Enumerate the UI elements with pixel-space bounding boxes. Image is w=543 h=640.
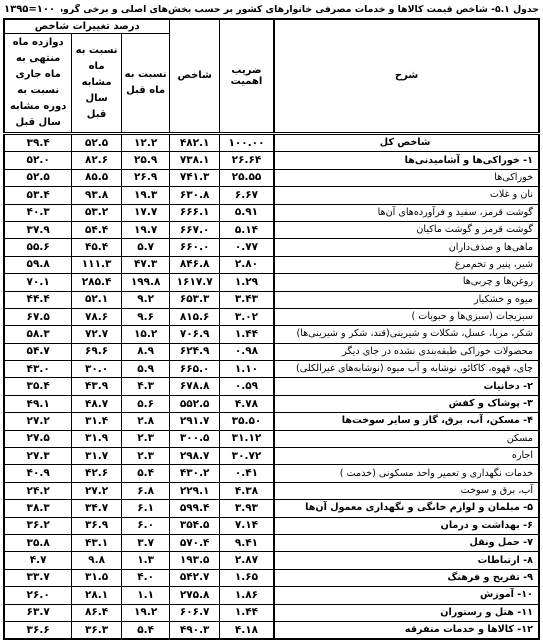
row-label: ۱۲- کالاها و خدمات متفرقه [274, 621, 539, 639]
yoy-change-cell: ۳۴.۷ [72, 500, 122, 517]
weight-cell: ۰.۵۹ [219, 378, 274, 395]
yoy-change-cell: ۴۳.۱ [72, 534, 122, 551]
header-vs-prev-month: نسبت به ماه قبل [121, 34, 170, 134]
weight-cell: ۳.۴۳ [219, 291, 274, 308]
mom-change-cell: ۱۲.۲ [121, 134, 170, 152]
row-label: ۵- مبلمان و لوازم خانگی و نگهداری معمول … [274, 500, 539, 517]
weight-cell: ۱.۲۹ [219, 274, 274, 291]
weight-cell: ۱.۶۵ [219, 569, 274, 586]
twelve-month-change-cell: ۴۹.۱ [4, 395, 72, 412]
weight-cell: ۳۱.۱۲ [219, 430, 274, 447]
mom-change-cell: ۵.۴ [121, 465, 170, 482]
table-row: ۶- بهداشت و درمان۷.۱۴۳۵۴.۵۶.۰۳۶.۹۳۶.۲ [4, 517, 539, 534]
row-label: خوراکی‌ها [274, 169, 539, 186]
cpi-table-body: شاخص کل۱۰۰.۰۰۴۸۲.۱۱۲.۲۵۲.۵۳۹.۴۱- خوراکی‌… [4, 134, 539, 640]
table-row: سبزیجات (سبزی‌ها و حبوبات )۳.۰۲۸۱۵.۶۹.۶۷… [4, 308, 539, 325]
yoy-change-cell: ۸۵.۵ [72, 169, 122, 186]
twelve-month-change-cell: ۴۰.۹ [4, 465, 72, 482]
mom-change-cell: ۶.۱ [121, 500, 170, 517]
twelve-month-change-cell: ۳۵.۴ [4, 378, 72, 395]
mom-change-cell: ۱.۱ [121, 587, 170, 604]
weight-cell: ۲۶.۶۴ [219, 152, 274, 169]
mom-change-cell: ۱۷.۷ [121, 204, 170, 221]
row-label: گوشت قرمز، سفید و فرآورده‌های آن‌ها [274, 204, 539, 221]
twelve-month-change-cell: ۵۲.۰ [4, 152, 72, 169]
mom-change-cell: ۵.۷ [121, 239, 170, 256]
yoy-change-cell: ۱۱۱.۳ [72, 256, 122, 273]
mom-change-cell: ۴.۳ [121, 378, 170, 395]
mom-change-cell: ۱۹.۷ [121, 221, 170, 238]
weight-cell: ۱.۱۰ [219, 361, 274, 378]
row-label: ۷- حمل ونقل [274, 534, 539, 551]
yoy-change-cell: ۳۰.۰ [72, 361, 122, 378]
yoy-change-cell: ۴۵.۴ [72, 239, 122, 256]
weight-cell: ۱۰۰.۰۰ [219, 134, 274, 152]
row-label: سبزیجات (سبزی‌ها و حبوبات ) [274, 308, 539, 325]
table-row: ۴- مسکن، آب، برق، گاز و سایر سوخت‌ها۳۵.۵… [4, 413, 539, 430]
header-description: شرح [274, 19, 539, 134]
table-row: خوراکی‌ها۲۵.۵۵۷۴۱.۳۲۶.۹۸۵.۵۵۲.۵ [4, 169, 539, 186]
weight-cell: ۲.۸۰ [219, 256, 274, 273]
mom-change-cell: ۵.۶ [121, 395, 170, 412]
yoy-change-cell: ۳۶.۳ [72, 621, 122, 639]
twelve-month-change-cell: ۵۲.۵ [4, 169, 72, 186]
table-row: مسکن۳۱.۱۲۳۰۰.۵۲.۳۳۱.۹۲۷.۵ [4, 430, 539, 447]
mom-change-cell: ۱۵.۲ [121, 326, 170, 343]
twelve-month-change-cell: ۵۳.۴ [4, 187, 72, 204]
table-row: نان و غلات۶.۶۷۶۳۰.۸۱۹.۳۹۳.۸۵۳.۴ [4, 187, 539, 204]
twelve-month-change-cell: ۲۷.۵ [4, 430, 72, 447]
weight-cell: ۰.۴۱ [219, 465, 274, 482]
index-cell: ۲۹۱.۷ [170, 413, 220, 430]
table-row: ماهی‌ها و صدف‌داران۰.۷۷۶۶۰.۰۵.۷۴۵.۴۵۵.۶ [4, 239, 539, 256]
twelve-month-change-cell: ۳۷.۹ [4, 221, 72, 238]
yoy-change-cell: ۳۱.۴ [72, 413, 122, 430]
twelve-month-change-cell: ۳۵.۸ [4, 534, 72, 551]
index-cell: ۶۷۸.۸ [170, 378, 220, 395]
weight-cell: ۴.۱۸ [219, 621, 274, 639]
yoy-change-cell: ۵۲.۱ [72, 291, 122, 308]
twelve-month-change-cell: ۳۶.۶ [4, 621, 72, 639]
yoy-change-cell: ۵۲.۵ [72, 134, 122, 152]
table-row: روغن‌ها و چربی‌ها۱.۲۹۱۶۱۷.۷۱۹۹.۸۲۸۵.۴۷۰.… [4, 274, 539, 291]
weight-cell: ۶.۶۷ [219, 187, 274, 204]
table-row: چای، قهوه، کاکائو، نوشابه و آب میوه (نوش… [4, 361, 539, 378]
twelve-month-change-cell: ۳۳.۷ [4, 569, 72, 586]
mom-change-cell: ۱.۳ [121, 552, 170, 569]
row-label: ماهی‌ها و صدف‌داران [274, 239, 539, 256]
index-cell: ۶۵۳.۳ [170, 291, 220, 308]
twelve-month-change-cell: ۴۰.۳ [4, 204, 72, 221]
mom-change-cell: ۵.۴ [121, 621, 170, 639]
yoy-change-cell: ۹.۸ [72, 552, 122, 569]
twelve-month-change-cell: ۳۹.۴ [4, 134, 72, 152]
yoy-change-cell: ۹۳.۸ [72, 187, 122, 204]
index-cell: ۷۳۸.۱ [170, 152, 220, 169]
row-label: خدمات نگهداری و تعمیر واحد مسکونی (خدمت … [274, 465, 539, 482]
table-row: ۱۱- هتل و رستوران۱.۴۴۶۰۶.۷۱۹.۲۸۶.۴۶۳.۷ [4, 604, 539, 621]
row-label: نان و غلات [274, 187, 539, 204]
index-cell: ۴۹۰.۳ [170, 621, 220, 639]
row-label: گوشت قرمز و گوشت ماکیان [274, 221, 539, 238]
mom-change-cell: ۱۹.۳ [121, 187, 170, 204]
mom-change-cell: ۲.۸ [121, 413, 170, 430]
weight-cell: ۳۵.۵۰ [219, 413, 274, 430]
mom-change-cell: ۴۷.۳ [121, 256, 170, 273]
index-cell: ۴۳۰.۲ [170, 465, 220, 482]
twelve-month-change-cell: ۵۵.۶ [4, 239, 72, 256]
table-row: ۸- ارتباطات۲.۸۷۱۹۳.۵۱.۳۹.۸۴.۷ [4, 552, 539, 569]
index-cell: ۱۹۳.۵ [170, 552, 220, 569]
yoy-change-cell: ۳۶.۹ [72, 517, 122, 534]
title-bar: جدول ۵.۱- شاخص قیمت کالاها و خدمات مصرفی… [0, 0, 543, 18]
table-row: شکر، مربا، عسل، شکلات و شیرینی(قند، شکر … [4, 326, 539, 343]
table-row: میوه و خشکبار۳.۴۳۶۵۳.۳۹.۲۵۲.۱۴۴.۴ [4, 291, 539, 308]
mom-change-cell: ۵.۹ [121, 361, 170, 378]
twelve-month-change-cell: ۶۳.۷ [4, 604, 72, 621]
index-cell: ۶۶۶.۱ [170, 204, 220, 221]
index-cell: ۸۱۵.۶ [170, 308, 220, 325]
table-row: آب، برق و سوخت۴.۳۸۲۲۹.۱۶.۸۲۷.۲۲۴.۲ [4, 482, 539, 499]
row-label: روغن‌ها و چربی‌ها [274, 274, 539, 291]
index-cell: ۶۳۰.۸ [170, 187, 220, 204]
weight-cell: ۲.۸۷ [219, 552, 274, 569]
index-cell: ۶۰۶.۷ [170, 604, 220, 621]
weight-cell: ۳.۹۳ [219, 500, 274, 517]
weight-cell: ۲۵.۵۵ [219, 169, 274, 186]
row-label: ۱۰- آموزش [274, 587, 539, 604]
weight-cell: ۰.۷۷ [219, 239, 274, 256]
yoy-change-cell: ۲۷.۲ [72, 482, 122, 499]
index-cell: ۷۰۶.۹ [170, 326, 220, 343]
mom-change-cell: ۳.۷ [121, 534, 170, 551]
twelve-month-change-cell: ۵۹.۸ [4, 256, 72, 273]
yoy-change-cell: ۴۲.۶ [72, 465, 122, 482]
twelve-month-change-cell: ۷۰.۱ [4, 274, 72, 291]
weight-cell: ۷.۱۴ [219, 517, 274, 534]
yoy-change-cell: ۳۱.۹ [72, 430, 122, 447]
index-cell: ۲۷۵.۸ [170, 587, 220, 604]
index-cell: ۳۵۴.۵ [170, 517, 220, 534]
weight-cell: ۱.۸۶ [219, 587, 274, 604]
weight-cell: ۱.۴۴ [219, 604, 274, 621]
index-cell: ۲۲۹.۱ [170, 482, 220, 499]
twelve-month-change-cell: ۲۶.۰ [4, 587, 72, 604]
twelve-month-change-cell: ۲۴.۲ [4, 482, 72, 499]
base-year-note: ۱۳۹۵=۱۰۰ [4, 4, 55, 15]
row-label: شکر، مربا، عسل، شکلات و شیرینی(قند، شکر … [274, 326, 539, 343]
weight-cell: ۳.۰۲ [219, 308, 274, 325]
mom-change-cell: ۱۹۹.۸ [121, 274, 170, 291]
yoy-change-cell: ۷۸.۶ [72, 308, 122, 325]
index-cell: ۴۸۲.۱ [170, 134, 220, 152]
table-row: گوشت قرمز و گوشت ماکیان۵.۱۴۶۶۷.۰۱۹.۷۵۴.۴… [4, 221, 539, 238]
table-row: ۳- پوشاک و کفش۴.۷۸۵۵۲.۵۵.۶۴۸.۷۴۹.۱ [4, 395, 539, 412]
yoy-change-cell: ۸۲.۶ [72, 152, 122, 169]
twelve-month-change-cell: ۳۶.۲ [4, 517, 72, 534]
yoy-change-cell: ۳۱.۷ [72, 448, 122, 465]
row-label: ۶- بهداشت و درمان [274, 517, 539, 534]
header-index: شاخص [170, 19, 220, 134]
yoy-change-cell: ۸۶.۴ [72, 604, 122, 621]
index-cell: ۶۲۴.۹ [170, 343, 220, 360]
twelve-month-change-cell: ۵۴.۷ [4, 343, 72, 360]
yoy-change-cell: ۴۳.۹ [72, 378, 122, 395]
yoy-change-cell: ۳۱.۵ [72, 569, 122, 586]
mom-change-cell: ۸.۹ [121, 343, 170, 360]
twelve-month-change-cell: ۴.۷ [4, 552, 72, 569]
row-label: میوه و خشکبار [274, 291, 539, 308]
yoy-change-cell: ۶۹.۶ [72, 343, 122, 360]
yoy-change-cell: ۷۲.۷ [72, 326, 122, 343]
mom-change-cell: ۲۵.۹ [121, 152, 170, 169]
row-label: ۱- خوراکی‌ها و آشامیدنی‌ها [274, 152, 539, 169]
weight-cell: ۵.۹۱ [219, 204, 274, 221]
yoy-change-cell: ۲۸۵.۴ [72, 274, 122, 291]
weight-cell: ۰.۹۸ [219, 343, 274, 360]
mom-change-cell: ۲.۳ [121, 430, 170, 447]
table-row: شاخص کل۱۰۰.۰۰۴۸۲.۱۱۲.۲۵۲.۵۳۹.۴ [4, 134, 539, 152]
index-cell: ۶۶۷.۰ [170, 221, 220, 238]
row-label: ۲- دخانیات [274, 378, 539, 395]
index-cell: ۵۹۹.۴ [170, 500, 220, 517]
row-label: شیر، پنیر و تخم‌مرغ [274, 256, 539, 273]
row-label: ۴- مسکن، آب، برق، گاز و سایر سوخت‌ها [274, 413, 539, 430]
table-row: ۵- مبلمان و لوازم خانگی و نگهداری معمول … [4, 500, 539, 517]
mom-change-cell: ۴.۰ [121, 569, 170, 586]
mom-change-cell: ۲.۳ [121, 448, 170, 465]
yoy-change-cell: ۵۴.۴ [72, 221, 122, 238]
mom-change-cell: ۱۹.۲ [121, 604, 170, 621]
index-cell: ۳۰۰.۵ [170, 430, 220, 447]
mom-change-cell: ۶.۸ [121, 482, 170, 499]
index-cell: ۲۹۸.۷ [170, 448, 220, 465]
weight-cell: ۹.۴۱ [219, 534, 274, 551]
page-title: جدول ۵.۱- شاخص قیمت کالاها و خدمات مصرفی… [61, 4, 539, 15]
index-cell: ۷۴۱.۳ [170, 169, 220, 186]
header-pct-changes-group: درصد تغییرات شاخص [4, 19, 170, 34]
table-header: شرح ضریب اهمیت شاخص درصد تغییرات شاخص نس… [4, 19, 539, 134]
header-row-group: شرح ضریب اهمیت شاخص درصد تغییرات شاخص [4, 19, 539, 34]
table-row: ۹- تفریح و فرهنگ۱.۶۵۵۴۲.۷۴.۰۳۱.۵۳۳.۷ [4, 569, 539, 586]
twelve-month-change-cell: ۳۸.۳ [4, 500, 72, 517]
table-row: محصولات خوراکی طبقه‌بندی نشده در جای دیگ… [4, 343, 539, 360]
table-row: اجاره۳۰.۷۲۲۹۸.۷۲.۳۳۱.۷۲۷.۳ [4, 448, 539, 465]
weight-cell: ۳۰.۷۲ [219, 448, 274, 465]
twelve-month-change-cell: ۵۸.۳ [4, 326, 72, 343]
row-label: محصولات خوراکی طبقه‌بندی نشده در جای دیگ… [274, 343, 539, 360]
row-label: چای، قهوه، کاکائو، نوشابه و آب میوه (نوش… [274, 361, 539, 378]
twelve-month-change-cell: ۲۷.۲ [4, 413, 72, 430]
mom-change-cell: ۶.۰ [121, 517, 170, 534]
index-cell: ۵۴۲.۷ [170, 569, 220, 586]
weight-cell: ۴.۳۸ [219, 482, 274, 499]
weight-cell: ۵.۱۴ [219, 221, 274, 238]
table-row: ۲- دخانیات۰.۵۹۶۷۸.۸۴.۳۴۳.۹۳۵.۴ [4, 378, 539, 395]
index-cell: ۶۶۵.۰ [170, 361, 220, 378]
twelve-month-change-cell: ۲۷.۳ [4, 448, 72, 465]
weight-cell: ۴.۷۸ [219, 395, 274, 412]
yoy-change-cell: ۵۳.۲ [72, 204, 122, 221]
twelve-month-change-cell: ۴۳.۰ [4, 361, 72, 378]
row-label: ۳- پوشاک و کفش [274, 395, 539, 412]
header-weight: ضریب اهمیت [219, 19, 274, 134]
row-label: اجاره [274, 448, 539, 465]
index-cell: ۵۷۰.۴ [170, 534, 220, 551]
row-label: ۸- ارتباطات [274, 552, 539, 569]
table-row: ۱۰- آموزش۱.۸۶۲۷۵.۸۱.۱۲۸.۱۲۶.۰ [4, 587, 539, 604]
yoy-change-cell: ۲۸.۱ [72, 587, 122, 604]
row-label: آب، برق و سوخت [274, 482, 539, 499]
twelve-month-change-cell: ۶۷.۵ [4, 308, 72, 325]
table-row: گوشت قرمز، سفید و فرآورده‌های آن‌ها۵.۹۱۶… [4, 204, 539, 221]
index-cell: ۸۴۶.۸ [170, 256, 220, 273]
index-cell: ۵۵۲.۵ [170, 395, 220, 412]
row-label: ۹- تفریح و فرهنگ [274, 569, 539, 586]
index-cell: ۶۶۰.۰ [170, 239, 220, 256]
header-vs-same-month-prev-year: نسبت به ماه مشابه سال قبل [72, 34, 122, 134]
header-twelve-month: دوازده ماه منتهی به ماه جاری نسبت به دور… [4, 34, 72, 134]
index-cell: ۱۶۱۷.۷ [170, 274, 220, 291]
table-row: شیر، پنیر و تخم‌مرغ۲.۸۰۸۴۶.۸۴۷.۳۱۱۱.۳۵۹.… [4, 256, 539, 273]
row-label: مسکن [274, 430, 539, 447]
table-row: ۱۲- کالاها و خدمات متفرقه۴.۱۸۴۹۰.۳۵.۴۳۶.… [4, 621, 539, 639]
row-label: ۱۱- هتل و رستوران [274, 604, 539, 621]
weight-cell: ۱.۴۴ [219, 326, 274, 343]
cpi-table: شرح ضریب اهمیت شاخص درصد تغییرات شاخص نس… [3, 18, 540, 640]
twelve-month-change-cell: ۴۴.۴ [4, 291, 72, 308]
table-row: خدمات نگهداری و تعمیر واحد مسکونی (خدمت … [4, 465, 539, 482]
row-label: شاخص کل [274, 134, 539, 152]
table-row: ۱- خوراکی‌ها و آشامیدنی‌ها۲۶.۶۴۷۳۸.۱۲۵.۹… [4, 152, 539, 169]
mom-change-cell: ۲۶.۹ [121, 169, 170, 186]
mom-change-cell: ۹.۶ [121, 308, 170, 325]
yoy-change-cell: ۴۸.۷ [72, 395, 122, 412]
table-row: ۷- حمل ونقل۹.۴۱۵۷۰.۴۳.۷۴۳.۱۳۵.۸ [4, 534, 539, 551]
mom-change-cell: ۹.۲ [121, 291, 170, 308]
